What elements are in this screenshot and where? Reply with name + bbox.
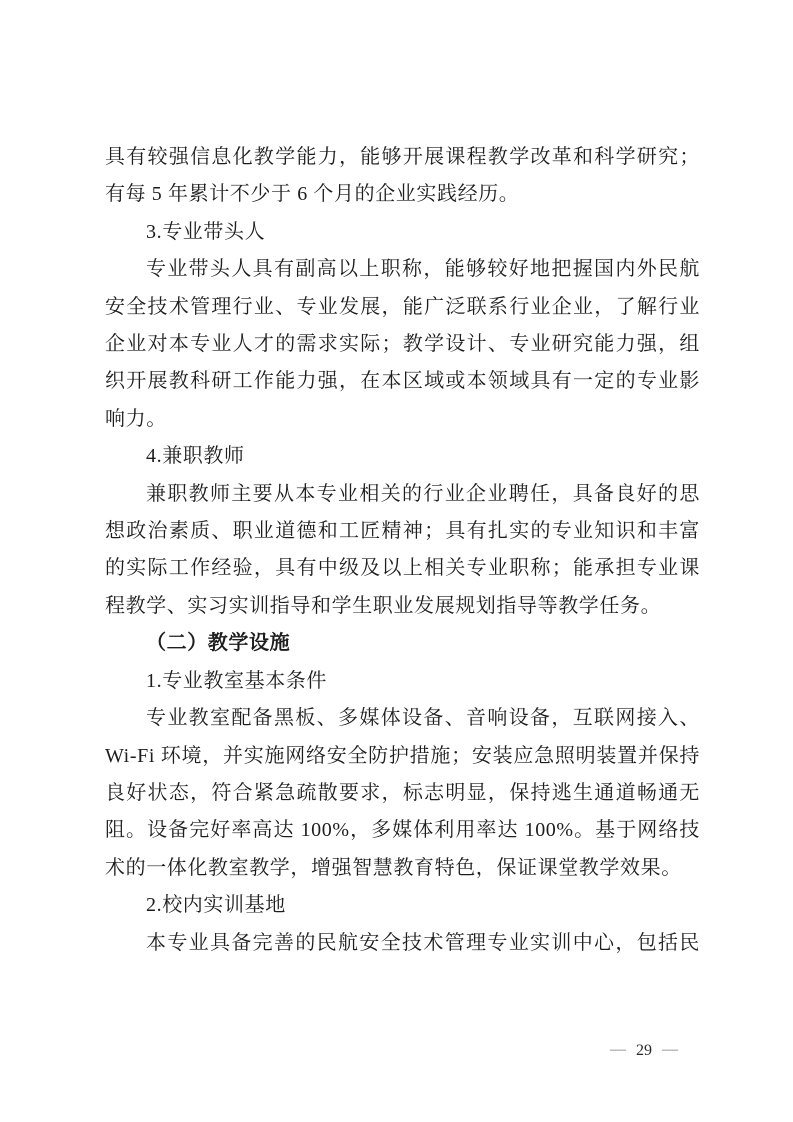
document-body: 具有较强信息化教学能力，能够开展课程教学改革和科学研究；有每 5 年累计不少于 … [105, 139, 700, 962]
document-page: 具有较强信息化教学能力，能够开展课程教学改革和科学研究；有每 5 年累计不少于 … [0, 0, 793, 1122]
heading-part-time-teachers: 4.兼职教师 [105, 438, 700, 475]
footer-right-dash: — [662, 1041, 678, 1058]
heading-campus-training-base: 2.校内实训基地 [105, 887, 700, 924]
para-part-time-teachers: 兼职教师主要从本专业相关的行业企业聘任，具备良好的思想政治素质、职业道德和工匠精… [105, 476, 700, 626]
para-training-center: 本专业具备完善的民航安全技术管理专业实训中心，包括民 [105, 925, 700, 962]
heading-classroom-conditions: 1.专业教室基本条件 [105, 663, 700, 700]
footer-left-dash: — [610, 1041, 626, 1058]
section-heading-teaching-facilities: （二）教学设施 [105, 625, 700, 662]
heading-professional-leader: 3.专业带头人 [105, 214, 700, 251]
para-professional-leader: 专业带头人具有副高以上职称，能够较好地把握国内外民航安全技术管理行业、专业发展，… [105, 251, 700, 438]
page-footer: —29— [105, 1042, 700, 1060]
para-continuation: 具有较强信息化教学能力，能够开展课程教学改革和科学研究；有每 5 年累计不少于 … [105, 139, 700, 214]
page-number: 29 [636, 1042, 652, 1060]
para-classroom-conditions: 专业教室配备黑板、多媒体设备、音响设备，互联网接入、Wi-Fi 环境，并实施网络… [105, 700, 700, 887]
